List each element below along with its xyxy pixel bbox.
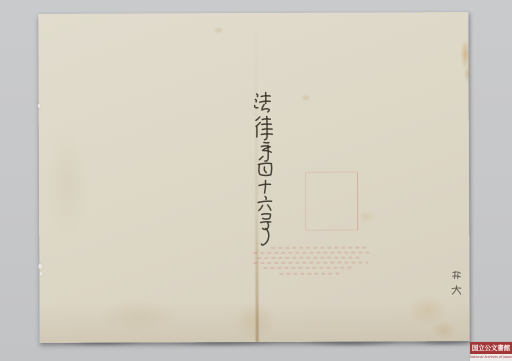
watermark-japanese-label: 国立公文書館	[470, 342, 512, 354]
paper-edge-nick	[39, 272, 42, 276]
stamp-bleedthrough	[305, 172, 358, 231]
paper-edge-nick	[38, 104, 41, 108]
archives-watermark: 国立公文書館 National Archives of Japan	[470, 342, 512, 361]
watermark-english-label: National Archives of Japan	[470, 354, 512, 361]
archive-scan-view: 法律第四十六号	[0, 0, 512, 361]
document-paper: 法律第四十六号	[38, 12, 469, 343]
paper-edge-nick	[38, 264, 42, 269]
calligraphy-brush-strokes	[243, 86, 304, 252]
margin-annotation-strokes	[449, 270, 463, 297]
